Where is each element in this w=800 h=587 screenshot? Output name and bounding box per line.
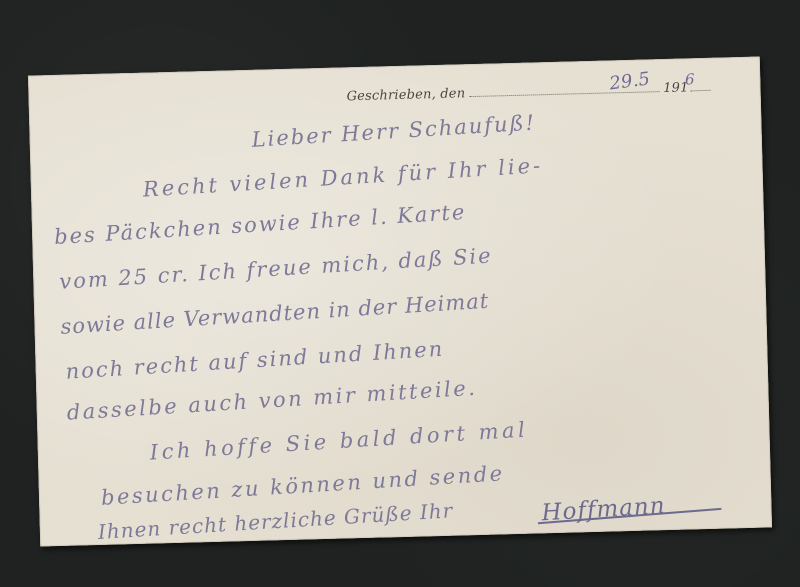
date-dotted-line: 29.5 xyxy=(469,90,659,97)
printed-header-label: Geschrieben, den xyxy=(346,86,465,104)
letter-line: sowie alle Verwandten in der Heimat xyxy=(60,289,490,339)
handwritten-year-digit: 6 xyxy=(685,70,695,88)
year-dotted-line xyxy=(691,90,711,92)
letter-line: Ich hoffe Sie bald dort mal xyxy=(149,417,529,464)
letter-line: noch recht auf sind und Ihnen xyxy=(65,337,445,384)
postcard: Geschrieben, den 29.5 191 6 Lieber Herr … xyxy=(28,56,772,546)
printed-date-header: Geschrieben, den 29.5 191 6 xyxy=(346,80,710,105)
letter-line: vom 25 cr. Ich freue mich, daß Sie xyxy=(59,243,494,293)
year-field: 191 6 xyxy=(663,80,689,96)
letter-line: Recht vielen Dank für Ihr lie- xyxy=(142,153,543,201)
handwritten-date: 29.5 xyxy=(608,68,651,94)
salutation-line: Lieber Herr Schaufuß! xyxy=(251,110,537,151)
letter-line: bes Päckchen sowie Ihre l. Karte xyxy=(53,200,466,249)
letter-line: dasselbe auch von mir mitteile. xyxy=(66,376,478,425)
